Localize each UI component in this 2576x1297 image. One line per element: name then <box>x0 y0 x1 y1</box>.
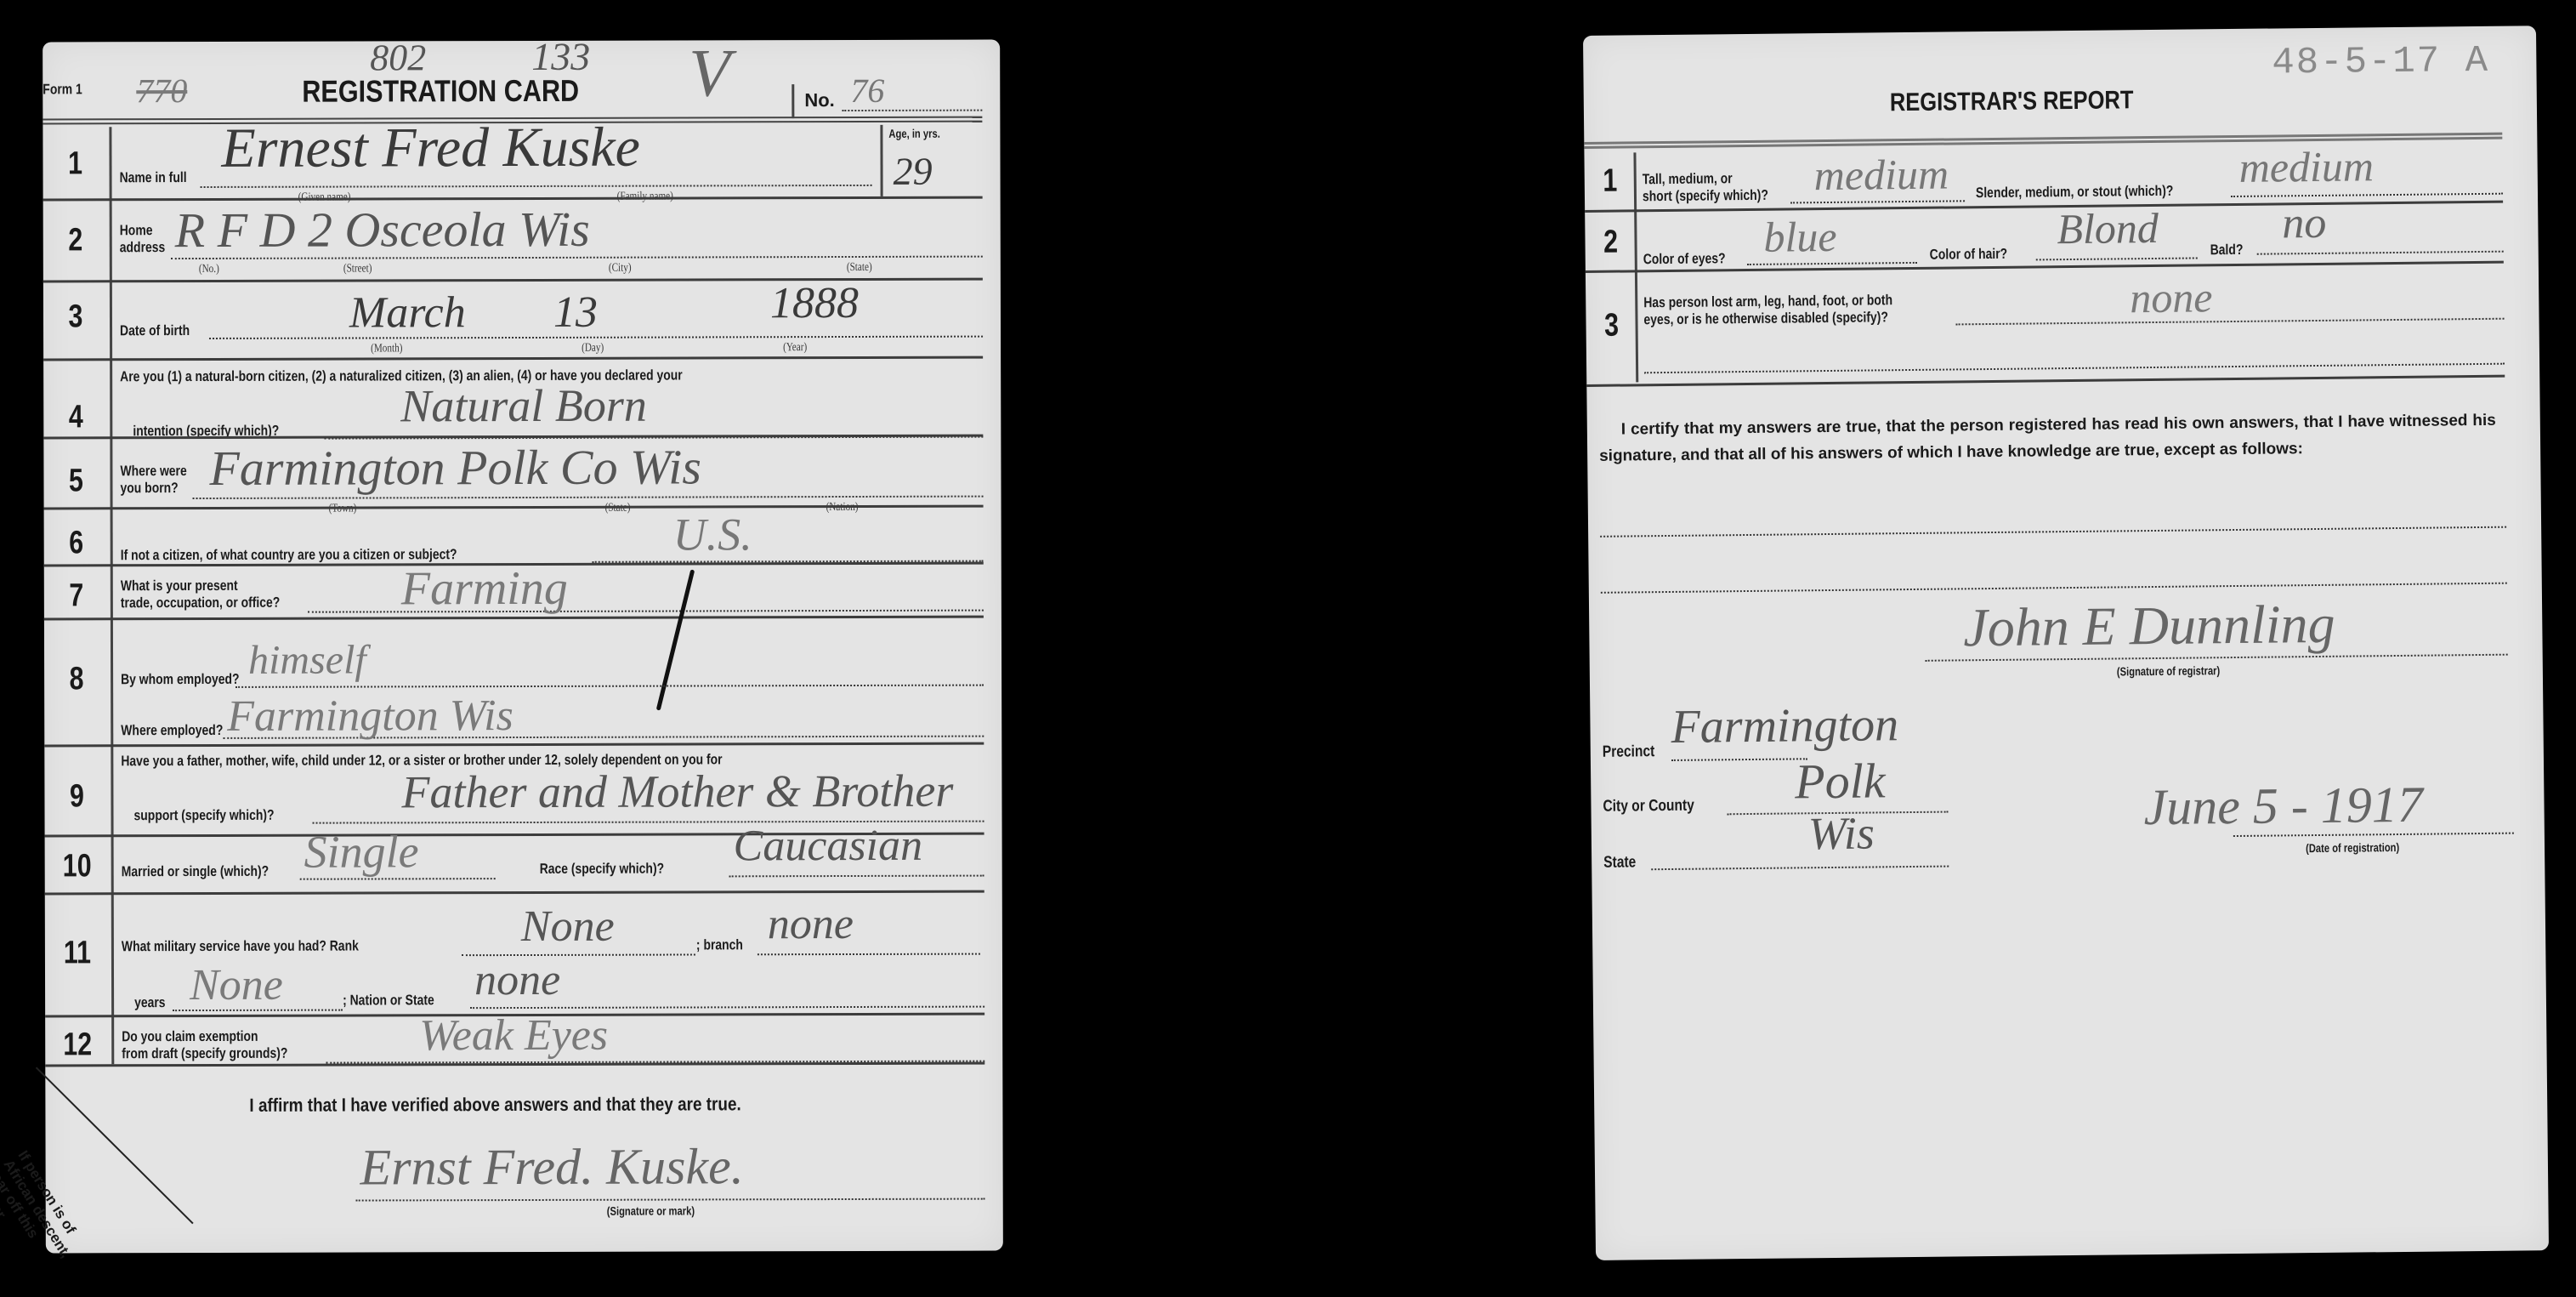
crossed-number: 770 <box>136 71 187 111</box>
age-value: 29 <box>893 149 932 194</box>
year-sublabel: (Year) <box>783 341 807 355</box>
registrar-signature-label: (Signature of registrar) <box>2117 663 2221 678</box>
age-label: Age, in yrs. <box>888 127 939 140</box>
exemption-value: Weak Eyes <box>419 1010 608 1061</box>
registrar-signature: John E Dunnling <box>1963 593 2335 660</box>
marital-value: Single <box>304 825 419 878</box>
exemption-label-2: from draft (specify grounds)? <box>122 1045 287 1063</box>
day-sublabel: (Day) <box>582 342 604 356</box>
citizenship-value: Natural Born <box>400 379 647 433</box>
row-number-1: 1 <box>54 145 95 182</box>
row-number-5: 5 <box>55 463 96 499</box>
state-sublabel: (State) <box>847 261 872 275</box>
row-number-7: 7 <box>56 577 97 614</box>
row-number-4: 4 <box>55 399 96 435</box>
report-title: REGISTRAR'S REPORT <box>1890 86 2134 117</box>
dob-month: March <box>349 287 466 338</box>
row-number-3: 3 <box>55 299 96 335</box>
employer-label: By whom employed? <box>121 671 239 688</box>
address-label: address <box>120 239 166 256</box>
registrars-report-card: 48-5-17 A REGISTRAR'S REPORT 1 Tall, med… <box>1583 26 2549 1260</box>
years-value: None <box>190 960 283 1010</box>
street-sublabel: (Street) <box>343 262 372 276</box>
card-title: REGISTRATION CARD <box>302 73 579 110</box>
disability-value: none <box>2130 272 2213 322</box>
city-sublabel: (City) <box>609 262 632 276</box>
race-label: Race (specify which)? <box>540 861 664 878</box>
check-mark: V <box>689 35 730 112</box>
age-divider <box>880 125 882 196</box>
military-label: What military service have you had? Rank <box>122 938 359 956</box>
build-value: medium <box>2238 141 2374 192</box>
build-label: Slender, medium, or stout (which)? <box>1976 183 2174 202</box>
employment-place-label: Where employed? <box>121 722 223 739</box>
state-value: Wis <box>1808 806 1875 860</box>
bald-label: Bald? <box>2210 242 2244 259</box>
marital-label: Married or single (which)? <box>122 863 270 880</box>
branch-value: none <box>768 899 854 949</box>
employer-value: himself <box>248 636 366 683</box>
row-number-divider <box>1633 152 1638 382</box>
pen-mark <box>656 569 695 710</box>
nation-state-value: none <box>474 955 560 1005</box>
years-label: years <box>134 994 165 1011</box>
row-number-2: 2 <box>55 222 96 259</box>
eye-color-label: Color of eyes? <box>1643 250 1726 268</box>
tear-off-note: If person is of African descent, tear of… <box>0 1148 88 1280</box>
occupation-label-2: trade, occupation, or office? <box>121 594 280 612</box>
row-number-11: 11 <box>57 935 98 971</box>
state-label: State <box>1603 853 1636 872</box>
row-number-8: 8 <box>56 661 97 697</box>
exemption-label-1: Do you claim exemption <box>122 1028 258 1045</box>
registration-card: Form 1 770 802 133 V REGISTRATION CARD N… <box>43 40 1003 1254</box>
eye-color-value: blue <box>1763 212 1837 262</box>
employment-place-value: Farmington Wis <box>227 691 513 742</box>
precinct-value: Farmington <box>1671 697 1898 754</box>
home-address-value: R F D 2 Osceola Wis <box>175 201 590 259</box>
row-number-12: 12 <box>57 1027 98 1063</box>
height-value: medium <box>1813 150 1949 201</box>
exceptions-line-1 <box>1600 526 2506 538</box>
no-sublabel: (No.) <box>199 263 219 276</box>
height-label-1: Tall, medium, or <box>1643 170 1733 188</box>
no-label: No. <box>804 89 835 111</box>
registration-date-value: June 5 - 1917 <box>2143 776 2423 837</box>
row-number-10: 10 <box>57 848 98 885</box>
county-value: Polk <box>1795 752 1886 810</box>
bald-value: no <box>2282 198 2327 249</box>
branch-label: ; branch <box>696 936 743 953</box>
card-number: 76 <box>850 71 884 111</box>
row-number-6: 6 <box>56 525 97 561</box>
disability-label-2: eyes, or is he otherwise disabled (speci… <box>1643 309 1888 328</box>
support-label: support (specify which)? <box>133 807 274 824</box>
home-label: Home <box>120 222 153 239</box>
no-divider <box>792 84 794 118</box>
county-label: City or County <box>1603 797 1694 816</box>
name-value: Ernest Fred Kuske <box>221 116 640 181</box>
born-label-2: you born? <box>120 480 178 497</box>
exceptions-line-2 <box>1601 583 2507 594</box>
country-value: U.S. <box>673 508 752 560</box>
file-stamp: 48-5-17 A <box>2272 40 2489 85</box>
occupation-value: Farming <box>401 561 568 617</box>
occupation-label-1: What is your present <box>121 577 238 594</box>
report-row-number-3: 3 <box>1591 307 1631 344</box>
name-label: Name in full <box>120 169 187 186</box>
row-number-9: 9 <box>56 778 97 815</box>
certification-text: I certify that my answers are true, that… <box>1599 407 2497 469</box>
height-label-2: short (specify which)? <box>1643 187 1768 206</box>
hair-color-label: Color of hair? <box>1930 246 2008 264</box>
dob-day: 13 <box>553 287 598 338</box>
registration-date-label: (Date of registration) <box>2306 840 2399 855</box>
report-row-number-1: 1 <box>1590 162 1631 200</box>
report-row-number-2: 2 <box>1590 224 1631 261</box>
birthplace-value: Farmington Polk Co Wis <box>209 438 701 497</box>
nation-state-label: ; Nation or State <box>343 992 434 1009</box>
race-value: Caucasian <box>734 821 923 872</box>
dob-year: 1888 <box>770 278 859 328</box>
month-sublabel: (Month) <box>371 342 402 356</box>
dependents-value: Father and Mother & Brother <box>401 765 953 819</box>
born-label-1: Where were <box>120 463 186 480</box>
signature-label: (Signature or mark) <box>607 1203 695 1217</box>
form-label: Form 1 <box>43 81 82 97</box>
dob-label: Date of birth <box>120 322 190 339</box>
row-number-divider <box>109 127 114 1064</box>
precinct-label: Precinct <box>1603 742 1655 762</box>
rank-value: None <box>521 902 615 952</box>
hair-color-value: Blond <box>2057 203 2159 253</box>
affirmation-text: I affirm that I have verified above answ… <box>249 1093 740 1117</box>
registrant-signature: Ernst Fred. Kuske. <box>360 1137 744 1197</box>
